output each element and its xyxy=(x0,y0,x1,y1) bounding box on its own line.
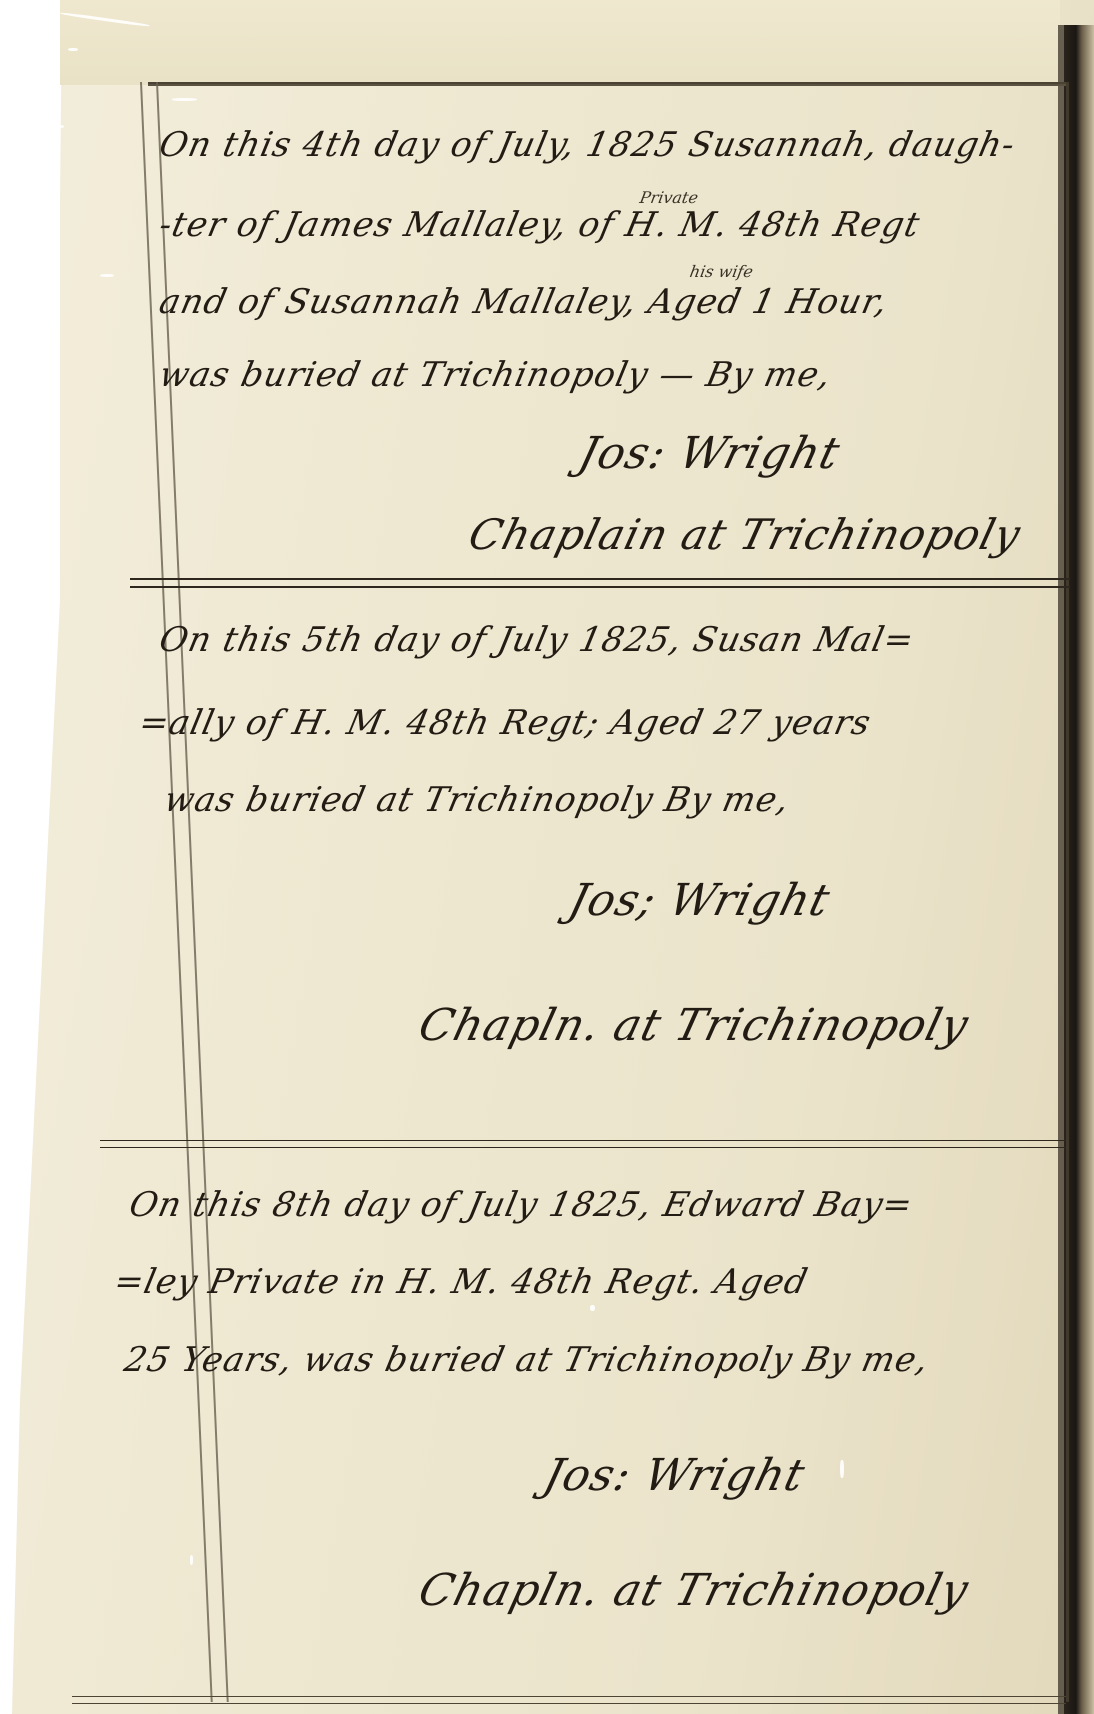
glare-speck xyxy=(840,1460,844,1478)
entry-line: was buried at Trichinopoly By me, xyxy=(161,780,794,820)
entry-line: On this 4th day of July, 1825 Susannah, … xyxy=(156,125,1019,165)
register-frame-bottom-rule xyxy=(72,1696,1066,1704)
entry-line: =ally of H. M. 48th Regt; Aged 27 years xyxy=(136,703,875,743)
glare-speck xyxy=(52,125,64,128)
entry-line: -ter of James Mallaley, of H. M. 48th Re… xyxy=(156,205,924,245)
chaplain-title: Chaplain at Trichinopoly xyxy=(464,510,1026,559)
glare-speck xyxy=(190,1555,193,1565)
glare-speck xyxy=(68,48,78,51)
glare-speck xyxy=(590,1305,595,1311)
chaplain-signature: Jos: Wright xyxy=(539,1450,811,1501)
chaplain-title: Chapln. at Trichinopoly xyxy=(414,1000,974,1051)
entry-line: and of Susannah Mallaley, Aged 1 Hour, xyxy=(156,282,892,322)
entry-line: On this 8th day of July 1825, Edward Bay… xyxy=(126,1185,917,1225)
glare-speck xyxy=(172,98,197,101)
glare-speck xyxy=(100,274,114,277)
entry-line: was buried at Trichinopoly — By me, xyxy=(156,355,835,395)
entry-divider-1 xyxy=(130,578,1070,588)
page-top-margin xyxy=(60,0,1060,85)
chaplain-signature: Jos; Wright xyxy=(564,875,836,926)
entry-line: 25 Years, was buried at Trichinopoly By … xyxy=(121,1340,933,1380)
entry-divider-2 xyxy=(100,1140,1066,1148)
chaplain-signature: Jos: Wright xyxy=(574,428,846,479)
entry-line: =ley Private in H. M. 48th Regt. Aged xyxy=(111,1262,812,1302)
register-frame-right-rule xyxy=(1066,82,1069,1702)
chaplain-title: Chapln. at Trichinopoly xyxy=(414,1565,974,1616)
entry-line: On this 5th day of July 1825, Susan Mal= xyxy=(156,620,918,660)
glare-speck xyxy=(15,382,45,385)
interlinear-note: his wife xyxy=(688,262,754,281)
